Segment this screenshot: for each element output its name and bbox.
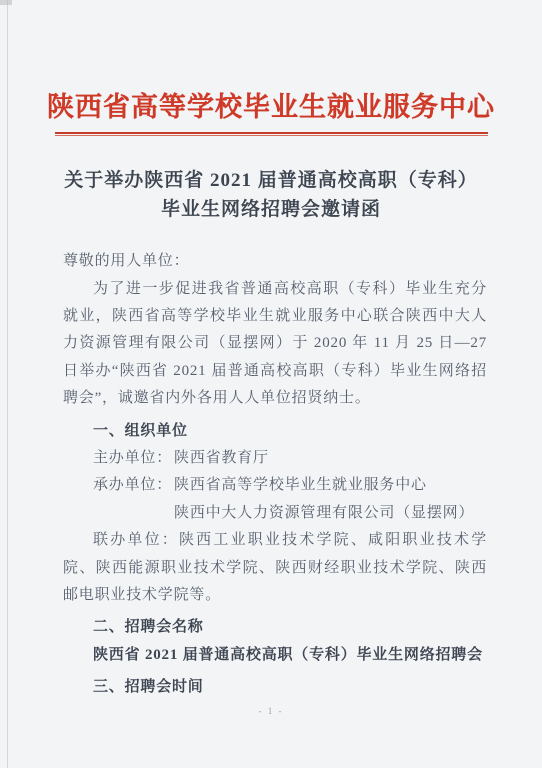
section2-heading: 二、招聘会名称: [63, 614, 487, 641]
fair-name: 陕西省 2021 届普通高校高职（专科）毕业生网络招聘会: [63, 642, 487, 669]
co-organizers-paragraph: 联办单位：陕西工业职业技术学院、咸阳职业技术学院、陕西能源职业技术学院、陕西财经…: [63, 527, 487, 609]
letterhead-red-rule: [55, 132, 488, 136]
salutation: 尊敬的用人单位：: [63, 248, 487, 275]
intro-paragraph: 为了进一步促进我省普通高校高职（专科）毕业生充分就业，陕西省高等学校毕业生就业服…: [63, 276, 487, 413]
letterhead: 陕西省高等学校毕业生就业服务中心: [0, 0, 542, 136]
scan-left-edge-line: [7, 0, 8, 768]
organizer-values: 陕西省高等学校毕业生就业服务中心 陕西中大人力资源管理有限公司（显摆网）: [174, 472, 474, 527]
host-label: 主办单位：: [93, 445, 172, 472]
section3-heading: 三、招聘会时间: [63, 674, 487, 701]
document-title: 关于举办陕西省 2021 届普通高校高职（专科） 毕业生网络招聘会邀请函: [40, 166, 502, 224]
organizer-row: 承办单位： 陕西省高等学校毕业生就业服务中心 陕西中大人力资源管理有限公司（显摆…: [63, 472, 487, 527]
document-title-line1: 关于举办陕西省 2021 届普通高校高职（专科）: [64, 170, 478, 191]
organizer-line2: 陕西中大人力资源管理有限公司（显摆网）: [174, 505, 474, 521]
host-value: 陕西省教育厅: [174, 445, 269, 472]
page-number: - 1 -: [0, 706, 542, 716]
scan-corner-smudge: [0, 0, 12, 5]
section1-heading: 一、组织单位: [63, 418, 487, 445]
host-row: 主办单位： 陕西省教育厅: [63, 445, 487, 472]
letterhead-org-name: 陕西省高等学校毕业生就业服务中心: [0, 90, 542, 125]
organizer-line1: 陕西省高等学校毕业生就业服务中心: [174, 477, 427, 493]
document-body: 尊敬的用人单位： 为了进一步促进我省普通高校高职（专科）毕业生充分就业，陕西省高…: [63, 248, 487, 702]
organizer-label: 承办单位：: [93, 472, 172, 527]
document-title-line2: 毕业生网络招聘会邀请函: [161, 199, 381, 220]
scanned-document-page: 陕西省高等学校毕业生就业服务中心 关于举办陕西省 2021 届普通高校高职（专科…: [0, 0, 542, 768]
